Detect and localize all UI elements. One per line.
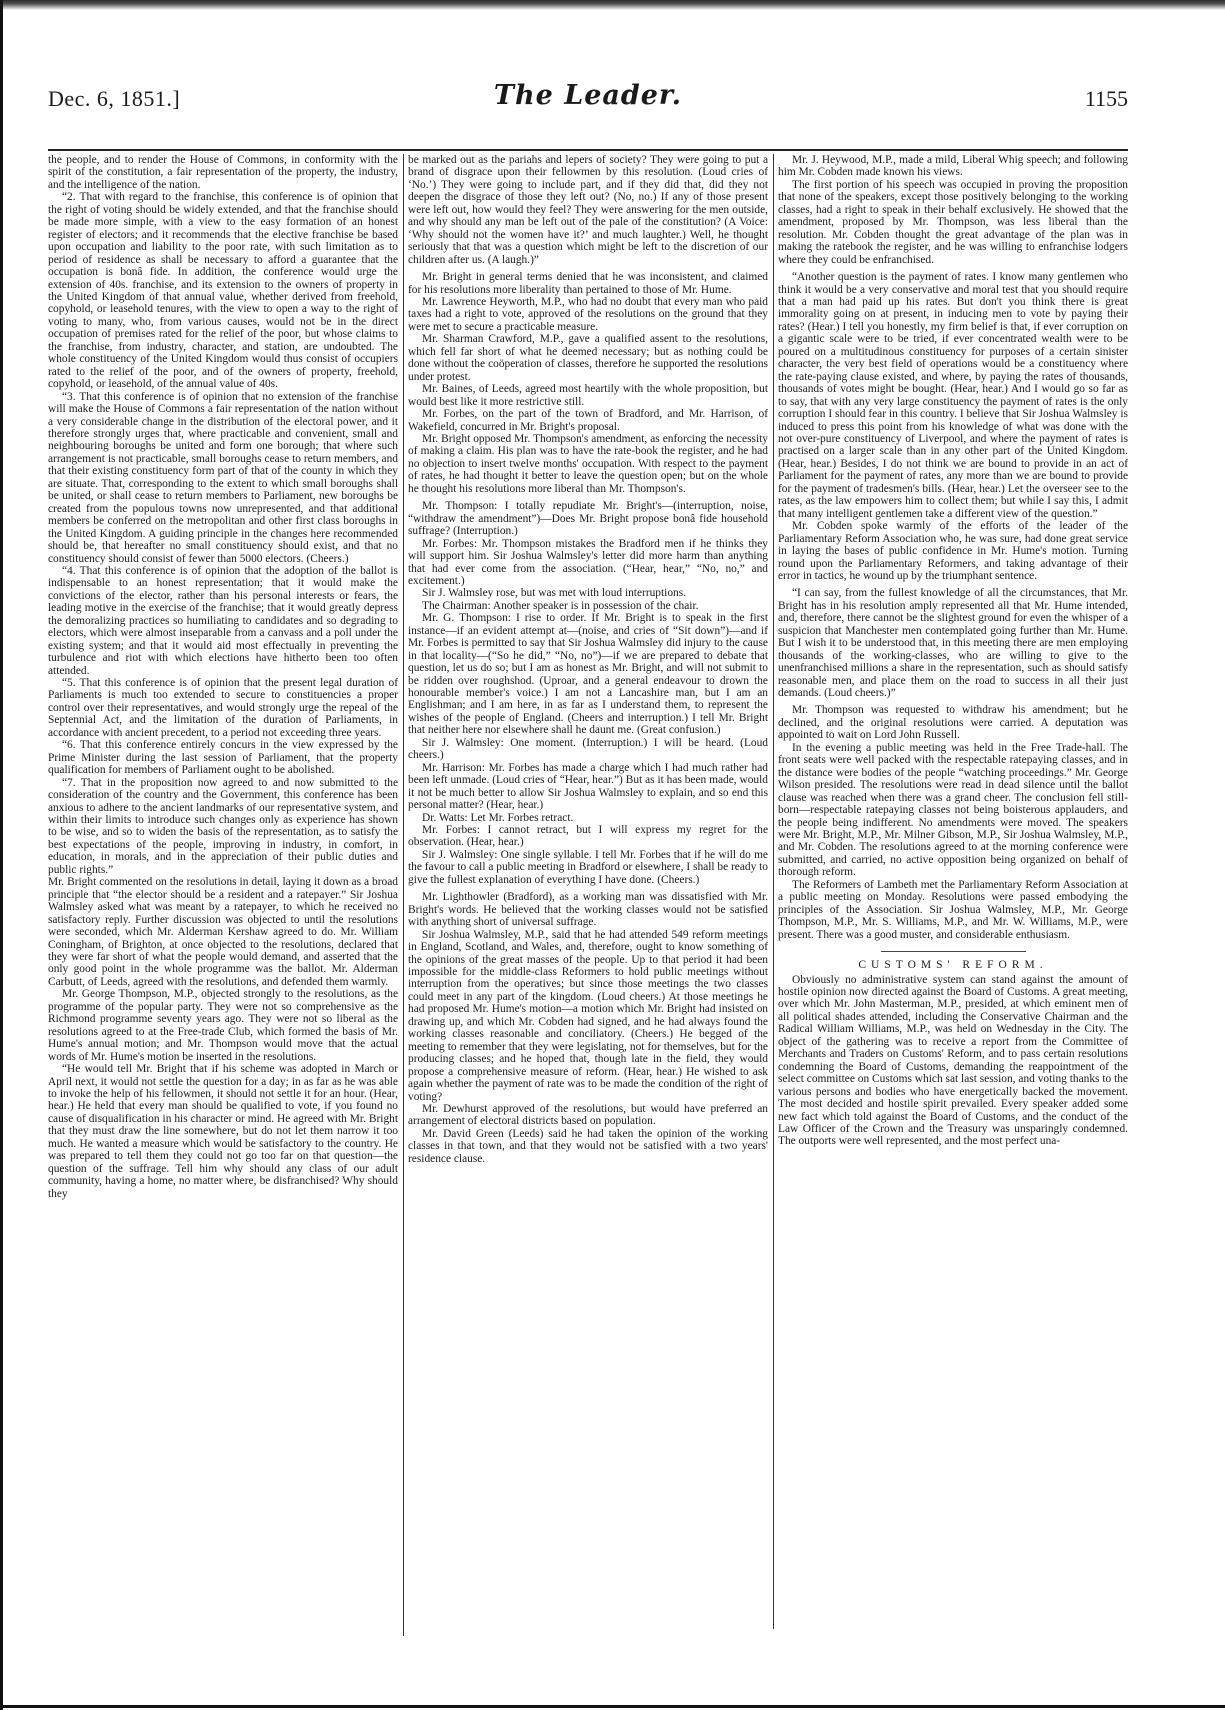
scan-edge-left — [0, 0, 3, 1710]
paragraph: Mr. Baines, of Leeds, agreed most hearti… — [408, 383, 768, 408]
paragraph: Mr. Bright opposed Mr. Thompson's amendm… — [408, 433, 768, 495]
paragraph: Mr. Bright commented on the resolutions … — [48, 876, 398, 988]
paragraph: Mr. Forbes, on the part of the town of B… — [408, 408, 768, 433]
paragraph: Mr. David Green (Leeds) said he had take… — [408, 1128, 768, 1165]
paragraph: In the evening a public meeting was held… — [778, 742, 1128, 879]
paragraph: Mr. Forbes: I cannot retract, but I will… — [408, 824, 768, 849]
column-divider — [403, 154, 404, 1636]
paragraph: “3. That this conference is of opinion t… — [48, 391, 398, 565]
paragraph: Mr. Dewhurst approved of the resolutions… — [408, 1103, 768, 1128]
paragraph: “7. That in the proposition now agreed t… — [48, 777, 398, 877]
paragraph: Obviously no administrative system can s… — [778, 974, 1128, 1148]
paragraph: Mr. Cobden spoke warmly of the efforts o… — [778, 520, 1128, 582]
paragraph: Mr. Bright in general terms denied that … — [408, 271, 768, 296]
paragraph: The Chairman: Another speaker is in poss… — [408, 600, 768, 612]
paragraph: Mr. G. Thompson: I rise to order. If Mr.… — [408, 612, 768, 737]
page-bottom-edge — [0, 1705, 1225, 1708]
paragraph: the people, and to render the House of C… — [48, 154, 398, 191]
paragraph: Mr. George Thompson, M.P., objected stro… — [48, 988, 398, 1063]
paragraph: “2. That with regard to the franchise, t… — [48, 191, 398, 390]
column-divider — [773, 154, 774, 1629]
paragraph: be marked out as the pariahs and lepers … — [408, 154, 768, 266]
section-heading: CUSTOMS' REFORM. — [778, 959, 1128, 971]
scan-edge-top — [0, 0, 1225, 10]
paragraph: Sir J. Walmsley: One moment. (Interrupti… — [408, 737, 768, 762]
paragraph: Mr. Harrison: Mr. Forbes has made a char… — [408, 762, 768, 812]
page-number: 1155 — [1085, 86, 1128, 112]
paragraph: “He would tell Mr. Bright that if his sc… — [48, 1063, 398, 1200]
paragraph: Dr. Watts: Let Mr. Forbes retract. — [408, 812, 768, 824]
paragraph: Mr. Thompson: I totally repudiate Mr. Br… — [408, 500, 768, 537]
paragraph: Mr. Lighthowler (Bradford), as a working… — [408, 891, 768, 928]
header-rule — [48, 149, 1128, 151]
paragraph: Sir Joshua Walmsley, M.P., said that he … — [408, 929, 768, 1103]
paragraph: “I can say, from the fullest knowledge o… — [778, 587, 1128, 699]
paragraph: “5. That this conference is of opinion t… — [48, 677, 398, 739]
column-2: be marked out as the pariahs and lepers … — [408, 154, 768, 1702]
paragraph: “6. That this conference entirely concur… — [48, 739, 398, 776]
paragraph: “4. That this conference is of opinion t… — [48, 565, 398, 677]
column-1: the people, and to render the House of C… — [48, 154, 398, 1702]
paragraph: “Another question is the payment of rate… — [778, 271, 1128, 520]
paragraph: Mr. Lawrence Heyworth, M.P., who had no … — [408, 296, 768, 333]
column-3: Mr. J. Heywood, M.P., made a mild, Liber… — [778, 154, 1128, 1702]
paragraph: Mr. Forbes: Mr. Thompson mistakes the Br… — [408, 538, 768, 588]
article-columns: the people, and to render the House of C… — [46, 154, 1130, 1702]
paragraph: The first portion of his speech was occu… — [778, 179, 1128, 266]
paragraph: Sir J. Walmsley rose, but was met with l… — [408, 587, 768, 599]
paragraph: Mr. Thompson was requested to withdraw h… — [778, 704, 1128, 741]
paragraph: The Reformers of Lambeth met the Parliam… — [778, 879, 1128, 941]
paragraph: Mr. J. Heywood, M.P., made a mild, Liber… — [778, 154, 1128, 179]
section-divider — [881, 951, 1026, 952]
paragraph: Sir J. Walmsley: One single syllable. I … — [408, 849, 768, 886]
page-header: Dec. 6, 1851.] The Leader. 1155 — [48, 80, 1128, 126]
paragraph: Mr. Sharman Crawford, M.P., gave a quali… — [408, 333, 768, 383]
newspaper-title: The Leader. — [48, 80, 1128, 111]
